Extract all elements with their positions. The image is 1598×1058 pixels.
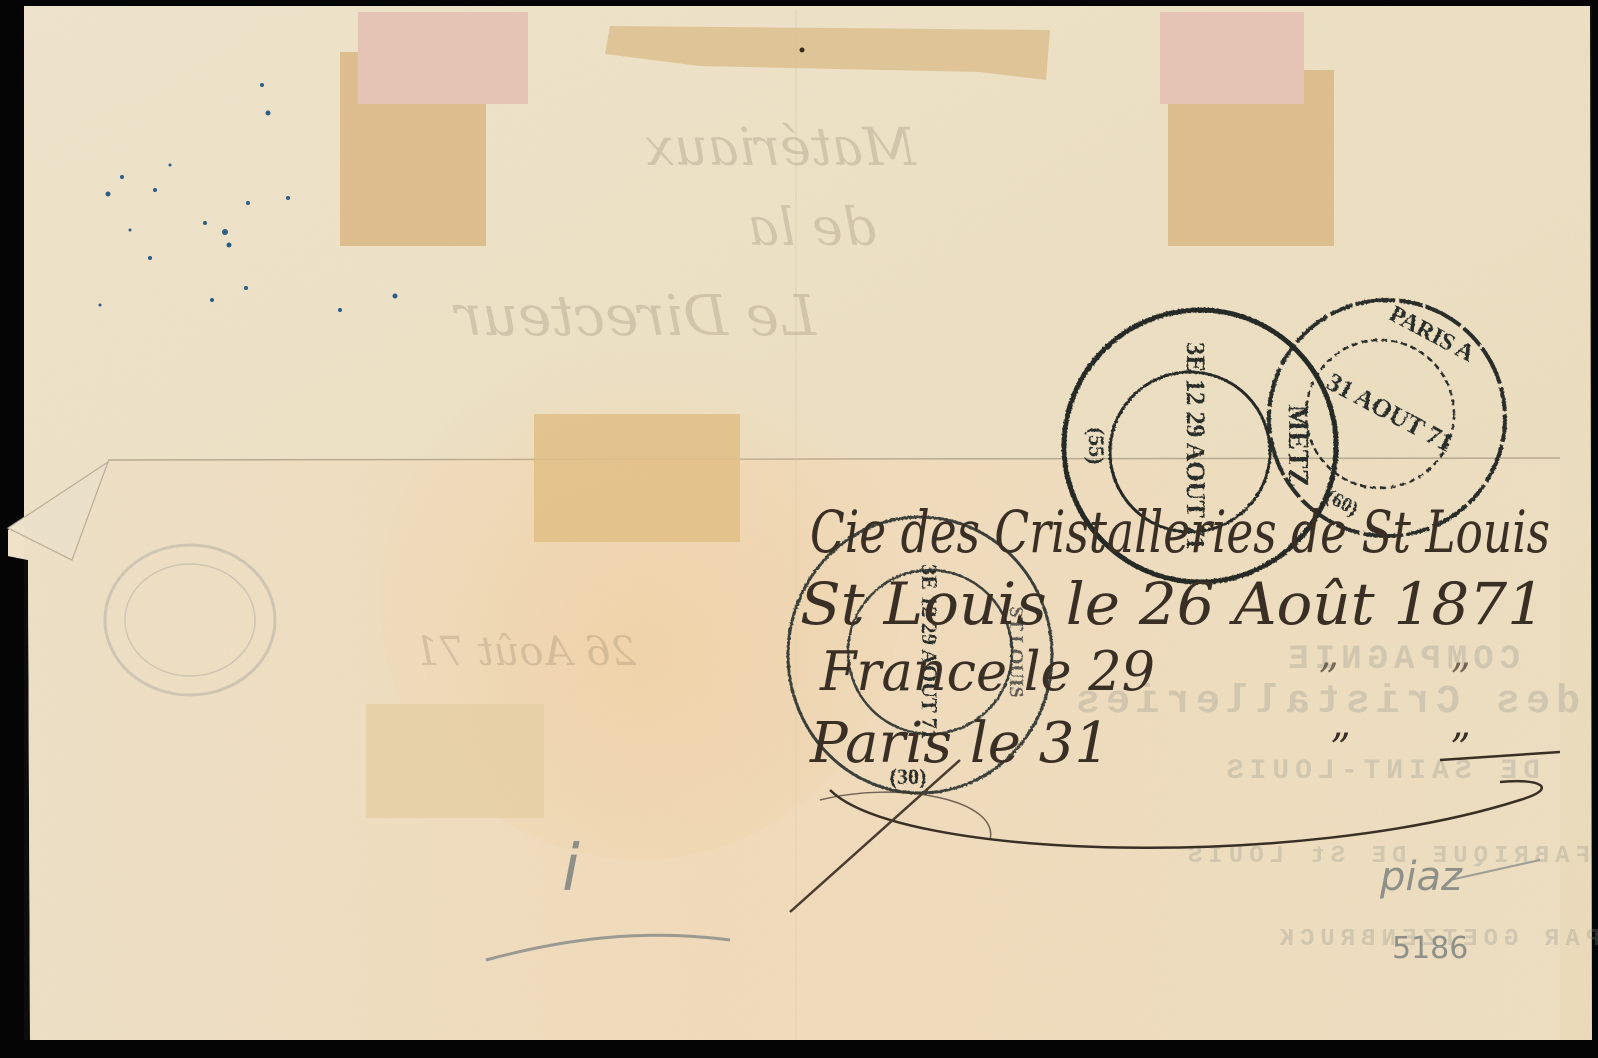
svg-text:piaz: piaz <box>1379 854 1463 900</box>
svg-text:”: ” <box>1450 726 1470 772</box>
svg-text:Matériaux: Matériaux <box>645 118 917 178</box>
svg-text:(55): (55) <box>1084 428 1109 465</box>
svg-text:Cie des Cristalleries de St Lo: Cie des Cristalleries de St Louis <box>810 498 1550 566</box>
postal-cover-photo: Matériaux de la Le Directeur 26 Août 71 … <box>0 0 1598 1058</box>
svg-text:de la: de la <box>748 198 876 258</box>
svg-text:France le 29: France le 29 <box>819 640 1155 703</box>
pink-tape-left <box>358 12 528 104</box>
svg-text:”: ” <box>1318 656 1338 702</box>
pink-tape-right <box>1160 12 1304 104</box>
svg-text:”: ” <box>1330 726 1350 772</box>
svg-text:5186: 5186 <box>1392 931 1468 966</box>
svg-text:St Louis le 26 Août 1871: St Louis le 26 Août 1871 <box>800 570 1545 638</box>
amber-tape-lower <box>366 704 544 818</box>
svg-text:i: i <box>562 832 580 906</box>
svg-text:26 Août 71: 26 Août 71 <box>414 629 637 675</box>
svg-text:METZ: METZ <box>1282 405 1313 487</box>
svg-text:DE SAINT-LOUIS: DE SAINT-LOUIS <box>1221 756 1540 787</box>
amber-tape-middle <box>534 414 740 542</box>
svg-text:”: ” <box>1450 656 1470 702</box>
svg-text:Le Directeur: Le Directeur <box>452 284 817 349</box>
svg-text:Paris le 31: Paris le 31 <box>809 711 1110 776</box>
